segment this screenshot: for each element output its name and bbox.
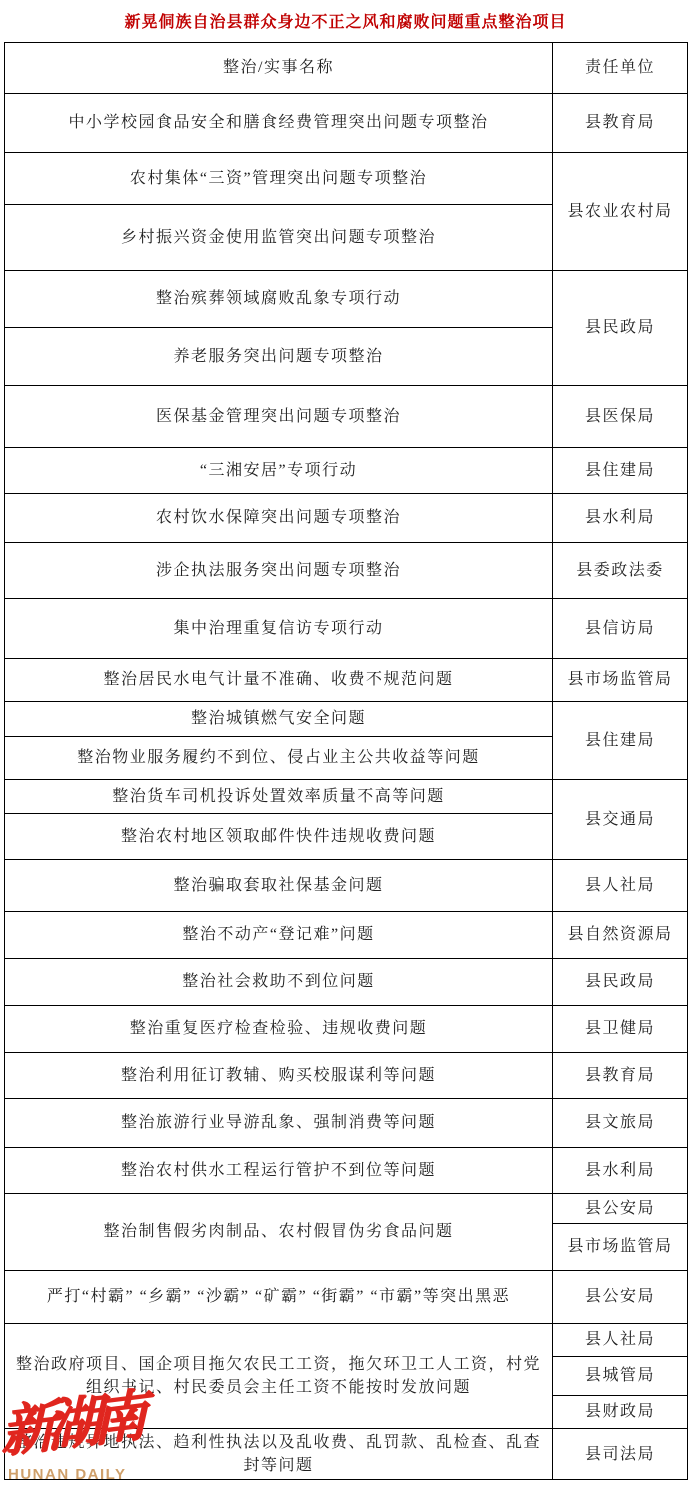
item-cell: 中小学校园食品安全和膳食经费管理突出问题专项整治 xyxy=(5,94,553,153)
item-cell: 涉企执法服务突出问题专项整治 xyxy=(5,543,553,599)
item-cell: 整治社会救助不到位问题 xyxy=(5,959,553,1006)
unit-cell: 县民政局 xyxy=(553,271,688,386)
table-row: 集中治理重复信访专项行动 县信访局 xyxy=(5,599,688,659)
table-row: 整治货车司机投诉处置效率质量不高等问题 县交通局 xyxy=(5,780,688,814)
item-cell: 整治违规异地执法、趋利性执法以及乱收费、乱罚款、乱检查、乱查封等问题 xyxy=(5,1429,553,1480)
table-row: 整治旅游行业导游乱象、强制消费等问题 县文旅局 xyxy=(5,1099,688,1148)
table-row: 整治不动产“登记难”问题 县自然资源局 xyxy=(5,912,688,959)
item-cell: 整治殡葬领域腐败乱象专项行动 xyxy=(5,271,553,328)
item-cell: 医保基金管理突出问题专项整治 xyxy=(5,386,553,448)
table-row: 严打“村霸” “乡霸” “沙霸” “矿霸” “街霸” “市霸”等突出黑恶 县公安… xyxy=(5,1271,688,1324)
unit-cell: 县住建局 xyxy=(553,448,688,494)
item-cell: 整治利用征订教辅、购买校服谋利等问题 xyxy=(5,1053,553,1099)
unit-cell: 县民政局 xyxy=(553,959,688,1006)
unit-cell: 县教育局 xyxy=(553,94,688,153)
item-cell: 整治制售假劣肉制品、农村假冒伪劣食品问题 xyxy=(5,1194,553,1271)
unit-cell: 县文旅局 xyxy=(553,1099,688,1148)
unit-cell: 县司法局 xyxy=(553,1429,688,1480)
unit-cell: 县信访局 xyxy=(553,599,688,659)
table-row: 涉企执法服务突出问题专项整治 县委政法委 xyxy=(5,543,688,599)
page-title: 新晃侗族自治县群众身边不正之风和腐败问题重点整治项目 xyxy=(0,9,691,32)
item-cell: 整治居民水电气计量不准确、收费不规范问题 xyxy=(5,659,553,702)
item-cell: 整治不动产“登记难”问题 xyxy=(5,912,553,959)
table-row: 整治社会救助不到位问题 县民政局 xyxy=(5,959,688,1006)
column-header-unit: 责任单位 xyxy=(553,43,688,94)
unit-cell: 县住建局 xyxy=(553,702,688,780)
item-cell: 农村集体“三资”管理突出问题专项整治 xyxy=(5,153,553,205)
item-cell: 集中治理重复信访专项行动 xyxy=(5,599,553,659)
table-row: 整治利用征订教辅、购买校服谋利等问题 县教育局 xyxy=(5,1053,688,1099)
unit-cell: 县医保局 xyxy=(553,386,688,448)
unit-cell: 县人社局 xyxy=(553,860,688,912)
item-cell: 整治物业服务履约不到位、侵占业主公共收益等问题 xyxy=(5,737,553,780)
table-row: 农村饮水保障突出问题专项整治 县水利局 xyxy=(5,494,688,543)
item-cell: 严打“村霸” “乡霸” “沙霸” “矿霸” “街霸” “市霸”等突出黑恶 xyxy=(5,1271,553,1324)
unit-cell: 县市场监管局 xyxy=(553,1224,688,1271)
table-row: 整治殡葬领域腐败乱象专项行动 县民政局 xyxy=(5,271,688,328)
unit-cell: 县卫健局 xyxy=(553,1006,688,1053)
item-cell: 乡村振兴资金使用监管突出问题专项整治 xyxy=(5,205,553,271)
item-cell: 整治政府项目、国企项目拖欠农民工工资，拖欠环卫工人工资，村党组织书记、村民委员会… xyxy=(5,1324,553,1429)
unit-cell: 县财政局 xyxy=(553,1396,688,1429)
item-cell: 整治货车司机投诉处置效率质量不高等问题 xyxy=(5,780,553,814)
item-cell: 养老服务突出问题专项整治 xyxy=(5,328,553,386)
item-cell: 整治重复医疗检查检验、违规收费问题 xyxy=(5,1006,553,1053)
unit-cell: 县公安局 xyxy=(553,1194,688,1224)
item-cell: 整治骗取套取社保基金问题 xyxy=(5,860,553,912)
table-row: 医保基金管理突出问题专项整治 县医保局 xyxy=(5,386,688,448)
table-row: 整治农村供水工程运行管护不到位等问题 县水利局 xyxy=(5,1148,688,1194)
unit-cell: 县交通局 xyxy=(553,780,688,860)
item-cell: “三湘安居”专项行动 xyxy=(5,448,553,494)
table-row: 整治重复医疗检查检验、违规收费问题 县卫健局 xyxy=(5,1006,688,1053)
table-row: 整治骗取套取社保基金问题 县人社局 xyxy=(5,860,688,912)
item-cell: 整治农村地区领取邮件快件违规收费问题 xyxy=(5,814,553,860)
table-row: 中小学校园食品安全和膳食经费管理突出问题专项整治 县教育局 xyxy=(5,94,688,153)
table-header-row: 整治/实事名称 责任单位 xyxy=(5,43,688,94)
table-row: 整治城镇燃气安全问题 县住建局 xyxy=(5,702,688,737)
item-cell: 整治农村供水工程运行管护不到位等问题 xyxy=(5,1148,553,1194)
item-cell: 农村饮水保障突出问题专项整治 xyxy=(5,494,553,543)
table-row: “三湘安居”专项行动 县住建局 xyxy=(5,448,688,494)
table-row: 整治居民水电气计量不准确、收费不规范问题 县市场监管局 xyxy=(5,659,688,702)
unit-cell: 县委政法委 xyxy=(553,543,688,599)
table-row: 农村集体“三资”管理突出问题专项整治 县农业农村局 xyxy=(5,153,688,205)
unit-cell: 县水利局 xyxy=(553,494,688,543)
unit-cell: 县水利局 xyxy=(553,1148,688,1194)
unit-cell: 县城管局 xyxy=(553,1357,688,1396)
table-row: 整治政府项目、国企项目拖欠农民工工资，拖欠环卫工人工资，村党组织书记、村民委员会… xyxy=(5,1324,688,1357)
column-header-name: 整治/实事名称 xyxy=(5,43,553,94)
table-row: 整治制售假劣肉制品、农村假冒伪劣食品问题 县公安局 xyxy=(5,1194,688,1224)
unit-cell: 县教育局 xyxy=(553,1053,688,1099)
table-row: 整治违规异地执法、趋利性执法以及乱收费、乱罚款、乱检查、乱查封等问题 县司法局 xyxy=(5,1429,688,1480)
unit-cell: 县农业农村局 xyxy=(553,153,688,271)
unit-cell: 县市场监管局 xyxy=(553,659,688,702)
unit-cell: 县人社局 xyxy=(553,1324,688,1357)
item-cell: 整治旅游行业导游乱象、强制消费等问题 xyxy=(5,1099,553,1148)
rectification-projects-table: 整治/实事名称 责任单位 中小学校园食品安全和膳食经费管理突出问题专项整治 县教… xyxy=(4,42,688,1480)
item-cell: 整治城镇燃气安全问题 xyxy=(5,702,553,737)
unit-cell: 县公安局 xyxy=(553,1271,688,1324)
unit-cell: 县自然资源局 xyxy=(553,912,688,959)
